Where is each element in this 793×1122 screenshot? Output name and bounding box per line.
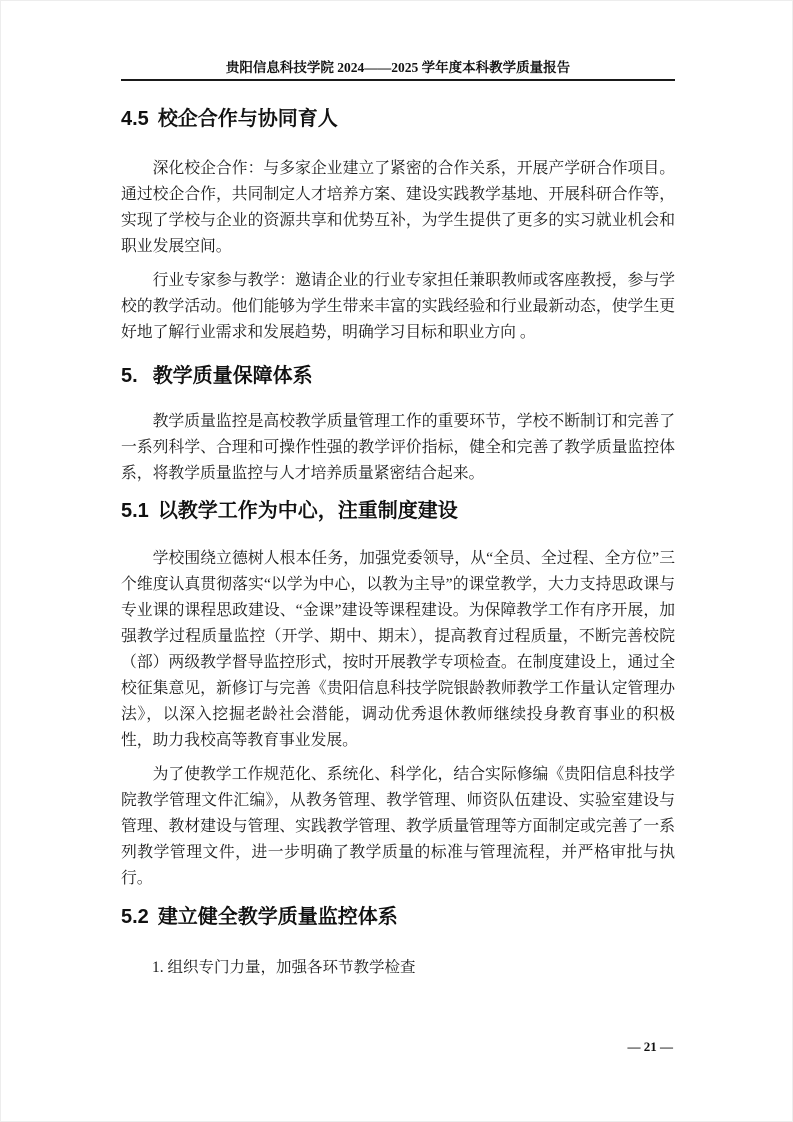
page-body: 4.5校企合作与协同育人 深化校企合作：与多家企业建立了紧密的合作关系，开展产学… (121, 83, 675, 981)
page-number: — 21 — (628, 1039, 674, 1054)
section-number-5-1: 5.1 (121, 500, 149, 522)
page-footer: — 21 — (628, 1039, 674, 1055)
section-number-4-5: 4.5 (121, 108, 149, 130)
paragraph-school-enterprise-cooperation: 深化校企合作：与多家企业建立了紧密的合作关系，开展产学研合作项目。通过校企合作，… (121, 156, 675, 260)
section-heading-4-5: 4.5校企合作与协同育人 (121, 107, 675, 131)
paragraph-institution-building: 学校围绕立德树人根本任务，加强党委领导，从“全员、全过程、全方位”三个维度认真贯… (121, 546, 675, 754)
section-heading-5: 5.教学质量保障体系 (121, 364, 675, 388)
section-number-5-2: 5.2 (121, 906, 149, 928)
section-title-5-1: 以教学工作为中心，注重制度建设 (158, 500, 458, 522)
document-page: 贵阳信息科技学院 2024——2025 学年度本科教学质量报告 4.5校企合作与… (0, 0, 793, 1122)
section-heading-5-1: 5.1以教学工作为中心，注重制度建设 (121, 499, 675, 523)
section-number-5: 5. (121, 365, 138, 387)
paragraph-industry-experts-teaching: 行业专家参与教学：邀请企业的行业专家担任兼职教师或客座教授，参与学校的教学活动。… (121, 268, 675, 346)
section-heading-5-2: 5.2建立健全教学质量监控体系 (121, 905, 675, 929)
paragraph-teaching-management-documents: 为了使教学工作规范化、系统化、科学化，结合实际修编《贵阳信息科技学院教学管理文件… (121, 762, 675, 892)
section-title-4-5: 校企合作与协同育人 (158, 108, 338, 130)
section-title-5-2: 建立健全教学质量监控体系 (158, 906, 398, 928)
page-header: 贵阳信息科技学院 2024——2025 学年度本科教学质量报告 (121, 59, 675, 81)
paragraph-quality-monitoring-intro: 教学质量监控是高校教学质量管理工作的重要环节，学校不断制订和完善了一系列科学、合… (121, 409, 675, 487)
list-item-teaching-inspection: 1. 组织专门力量，加强各环节教学检查 (121, 955, 675, 981)
page-header-title: 贵阳信息科技学院 2024——2025 学年度本科教学质量报告 (121, 59, 675, 76)
section-title-5: 教学质量保障体系 (153, 365, 313, 387)
